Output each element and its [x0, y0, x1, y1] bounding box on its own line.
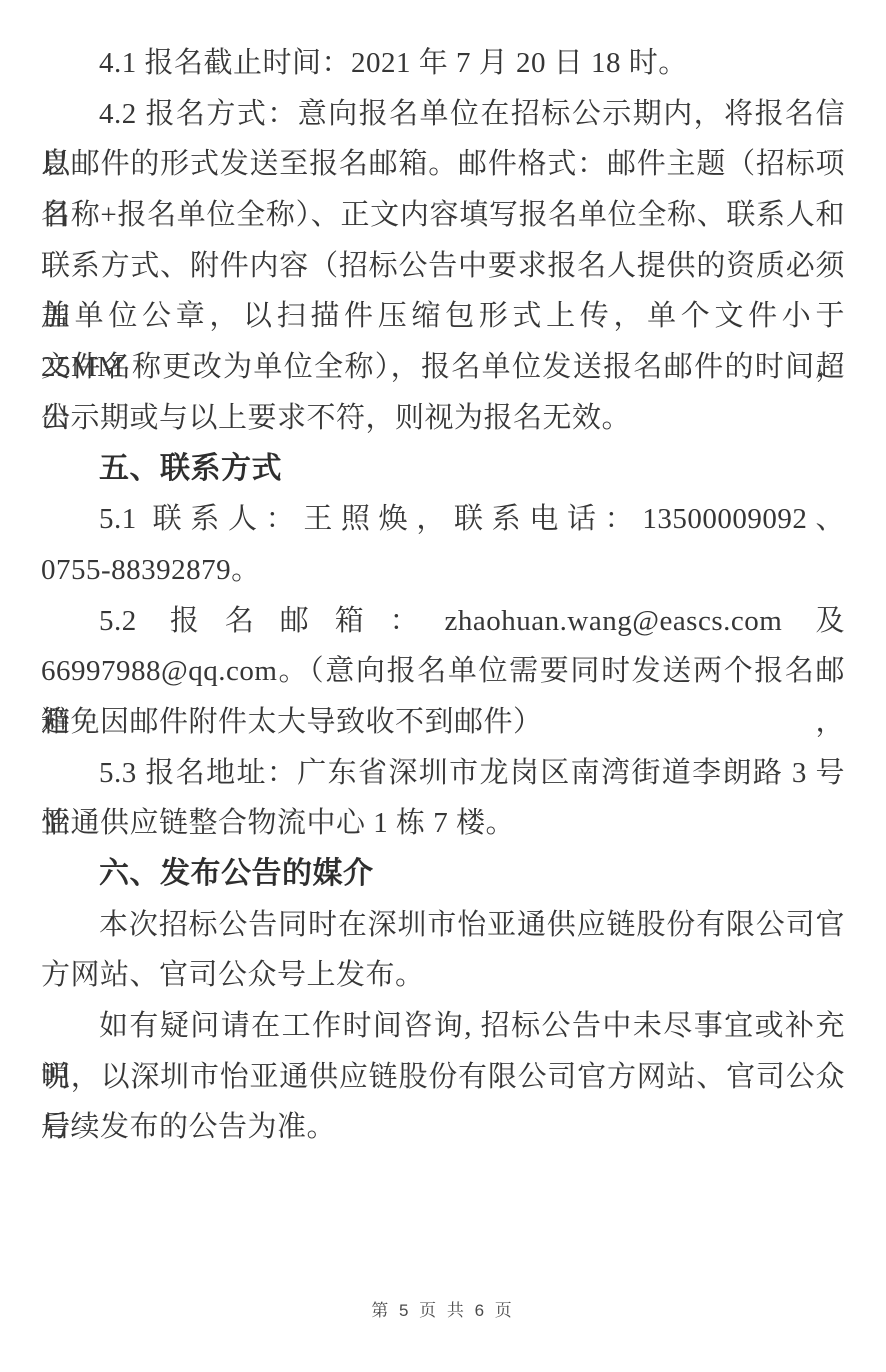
text-line: 0755-88392879。 — [41, 545, 845, 596]
document-body: 4.1 报名截止时间：2021 年 7 月 20 日 18 时。4.2 报名方式… — [41, 38, 845, 1153]
text-line: 文件名称更改为单位全称），报名单位发送报名邮件的时间超出 — [41, 342, 845, 393]
text-line: 联系方式、附件内容（招标公告中要求报名人提供的资质必须加 — [41, 241, 845, 292]
text-line: 5.1 联系人：王照焕，联系电话：13500009092、 — [41, 494, 845, 545]
text-line: 66997988@qq.com。（意向报名单位需要同时发送两个报名邮箱， — [41, 646, 845, 697]
text-line: 方网站、官司公众号上发布。 — [41, 950, 845, 1001]
text-line: 公示期或与以上要求不符，则视为报名无效。 — [41, 393, 845, 444]
text-line: 名称+报名单位全称）、正文内容填写报名单位全称、联系人和 — [41, 190, 845, 241]
page-number-text: 第 5 页 共 6 页 — [371, 1301, 515, 1320]
document-page: 4.1 报名截止时间：2021 年 7 月 20 日 18 时。4.2 报名方式… — [0, 0, 886, 1372]
section-heading: 六、发布公告的媒介 — [41, 849, 845, 900]
text-line: 以邮件的形式发送至报名邮箱。邮件格式：邮件主题（招标项目 — [41, 139, 845, 190]
text-line: 后续发布的公告为准。 — [41, 1102, 845, 1153]
text-line: 4.1 报名截止时间：2021 年 7 月 20 日 18 时。 — [41, 38, 845, 89]
text-line: 本次招标公告同时在深圳市怡亚通供应链股份有限公司官 — [41, 900, 845, 951]
text-line: 亚通供应链整合物流中心 1 栋 7 楼。 — [41, 798, 845, 849]
page-footer: 第 5 页 共 6 页 — [0, 1296, 886, 1321]
text-line: 如有疑问请在工作时间咨询, 招标公告中未尽事宜或补充说 — [41, 1001, 845, 1052]
text-line: 5.3 报名地址：广东省深圳市龙岗区南湾街道李朗路 3 号怡 — [41, 748, 845, 799]
text-line: 明，以深圳市怡亚通供应链股份有限公司官方网站、官司公众号 — [41, 1052, 845, 1103]
section-heading: 五、联系方式 — [41, 444, 845, 495]
text-line: 4.2 报名方式：意向报名单位在招标公示期内，将报名信息 — [41, 89, 845, 140]
text-line: 盖单位公章，以扫描件压缩包形式上传，单个文件小于 25MM， — [41, 291, 845, 342]
text-line: 5.2 报名邮箱：zhaohuan.wang@eascs.com 及 — [41, 596, 845, 647]
